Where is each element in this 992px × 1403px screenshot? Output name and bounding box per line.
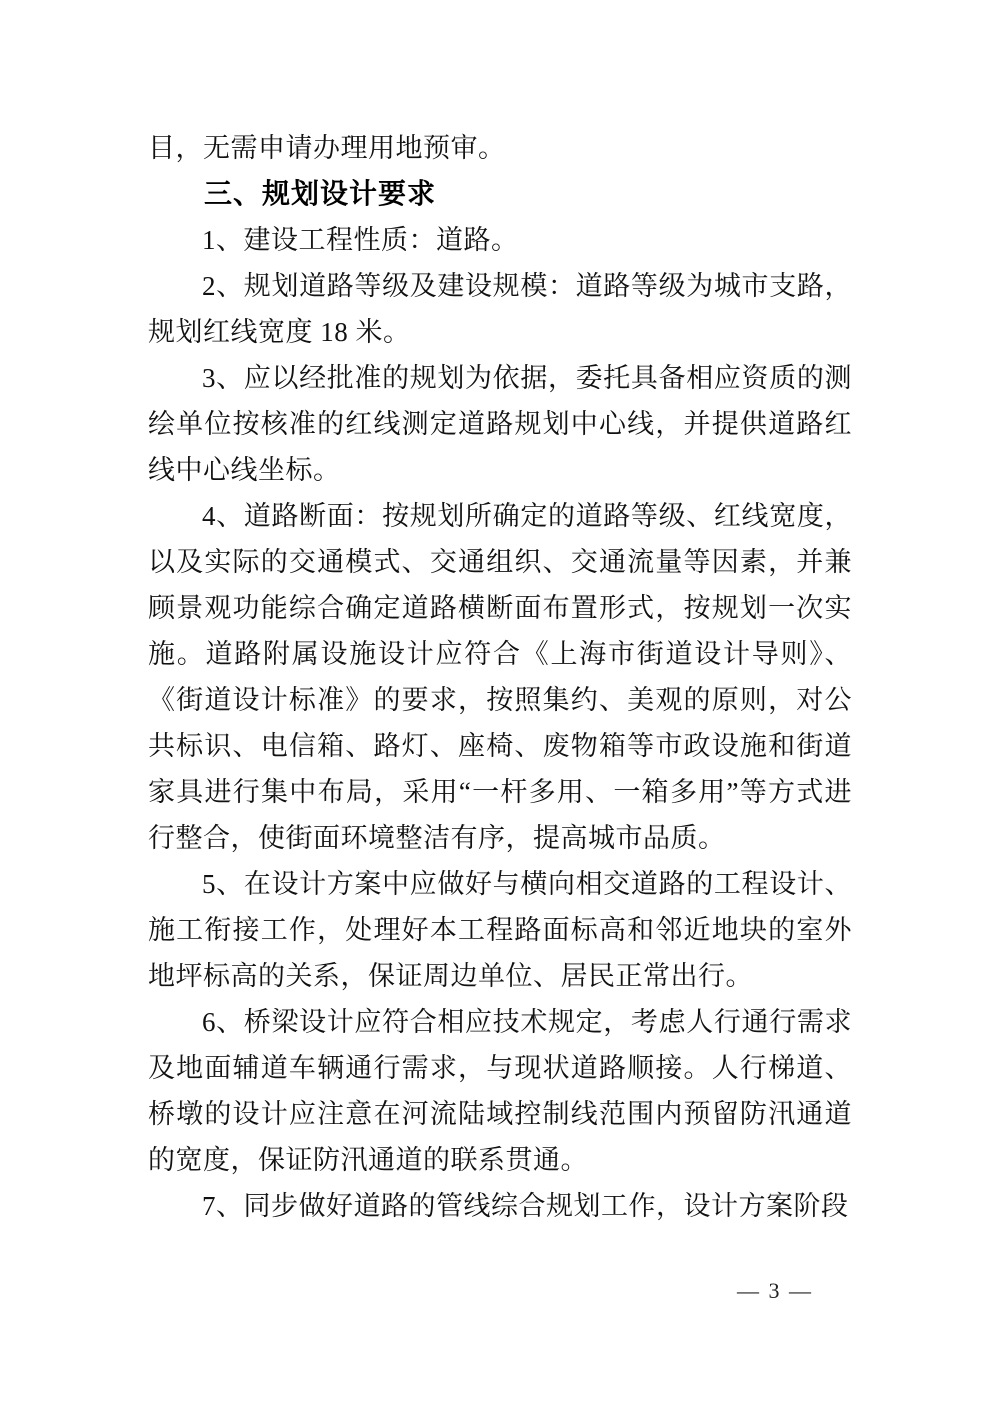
paragraph-3: 3、应以经批准的规划为依据，委托具备相应资质的测绘单位按核准的红线测定道路规划中… bbox=[148, 355, 852, 493]
continuation-line: 目，无需申请办理用地预审。 bbox=[148, 125, 852, 171]
paragraph-2: 2、规划道路等级及建设规模：道路等级为城市支路，规划红线宽度 18 米。 bbox=[148, 263, 852, 355]
paragraph-7: 7、同步做好道路的管线综合规划工作，设计方案阶段 bbox=[148, 1183, 852, 1229]
document-page: 目，无需申请办理用地预审。 三、规划设计要求 1、建设工程性质：道路。 2、规划… bbox=[0, 0, 992, 1403]
paragraph-5: 5、在设计方案中应做好与横向相交道路的工程设计、施工衔接工作，处理好本工程路面标… bbox=[148, 861, 852, 999]
paragraph-4: 4、道路断面：按规划所确定的道路等级、红线宽度，以及实际的交通模式、交通组织、交… bbox=[148, 493, 852, 861]
section-heading: 三、规划设计要求 bbox=[148, 171, 852, 217]
paragraph-6: 6、桥梁设计应符合相应技术规定，考虑人行通行需求及地面辅道车辆通行需求，与现状道… bbox=[148, 999, 852, 1183]
document-body: 目，无需申请办理用地预审。 三、规划设计要求 1、建设工程性质：道路。 2、规划… bbox=[148, 125, 852, 1229]
paragraph-1: 1、建设工程性质：道路。 bbox=[148, 217, 852, 263]
page-number: — 3 — bbox=[737, 1277, 813, 1305]
